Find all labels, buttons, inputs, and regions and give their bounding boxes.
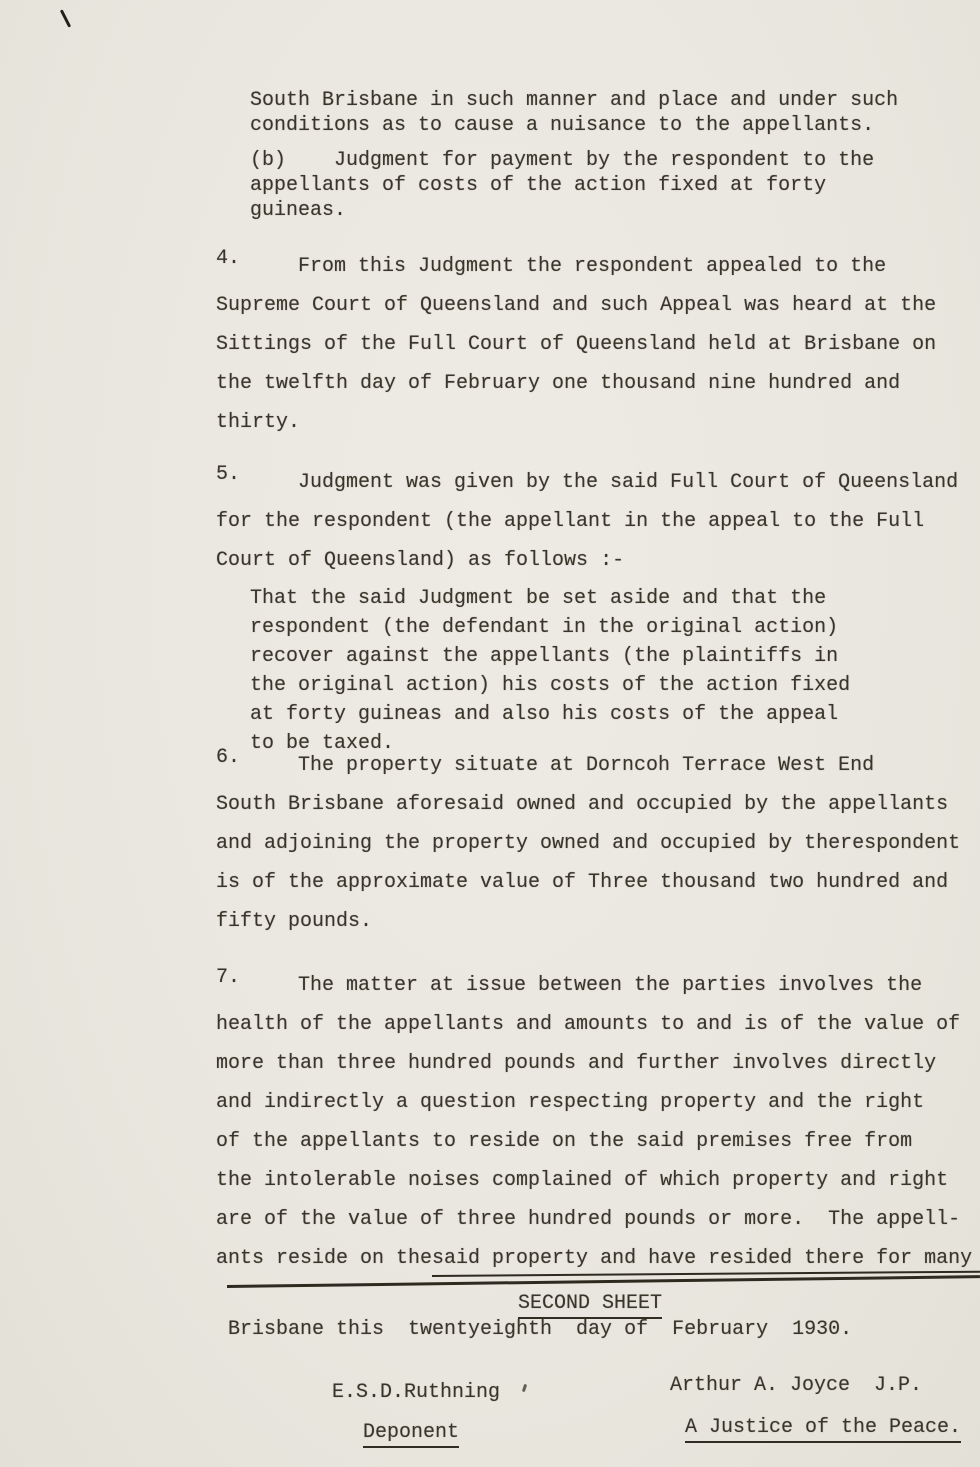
justice-signature: Arthur A. Joyce J.P. bbox=[670, 1374, 922, 1397]
intro-block-a: South Brisbane in such manner and place … bbox=[250, 88, 898, 138]
paragraph-5-text: Judgment was given by the said Full Cour… bbox=[216, 463, 958, 580]
stray-mark bbox=[522, 1384, 527, 1393]
paragraph-7-text: The matter at issue between the parties … bbox=[216, 966, 972, 1278]
document-page: South Brisbane in such manner and place … bbox=[0, 0, 980, 1467]
paragraph-7: 7. The matter at issue between the parti… bbox=[216, 966, 972, 1278]
pen-mark bbox=[60, 9, 71, 27]
justice-label: A Justice of the Peace. bbox=[685, 1416, 961, 1443]
deponent-signature: E.S.D.Ruthning bbox=[332, 1381, 500, 1404]
paragraph-5: 5. Judgment was given by the said Full C… bbox=[216, 463, 958, 580]
judgment-quote-block: That the said Judgment be set aside and … bbox=[250, 584, 850, 758]
paragraph-4-text: From this Judgment the respondent appeal… bbox=[216, 247, 936, 442]
paragraph-6: 6. The property situate at Dorncoh Terra… bbox=[216, 746, 960, 941]
paragraph-6-text: The property situate at Dorncoh Terrace … bbox=[216, 746, 960, 941]
attestation-date-line: Brisbane this twentyeighth day of Februa… bbox=[228, 1318, 852, 1341]
clause-b-block: (b) Judgment for payment by the responde… bbox=[250, 148, 874, 223]
paragraph-4: 4. From this Judgment the respondent app… bbox=[216, 247, 936, 442]
deponent-label: Deponent bbox=[363, 1421, 459, 1448]
second-sheet-heading: SECOND SHEET bbox=[518, 1292, 662, 1319]
